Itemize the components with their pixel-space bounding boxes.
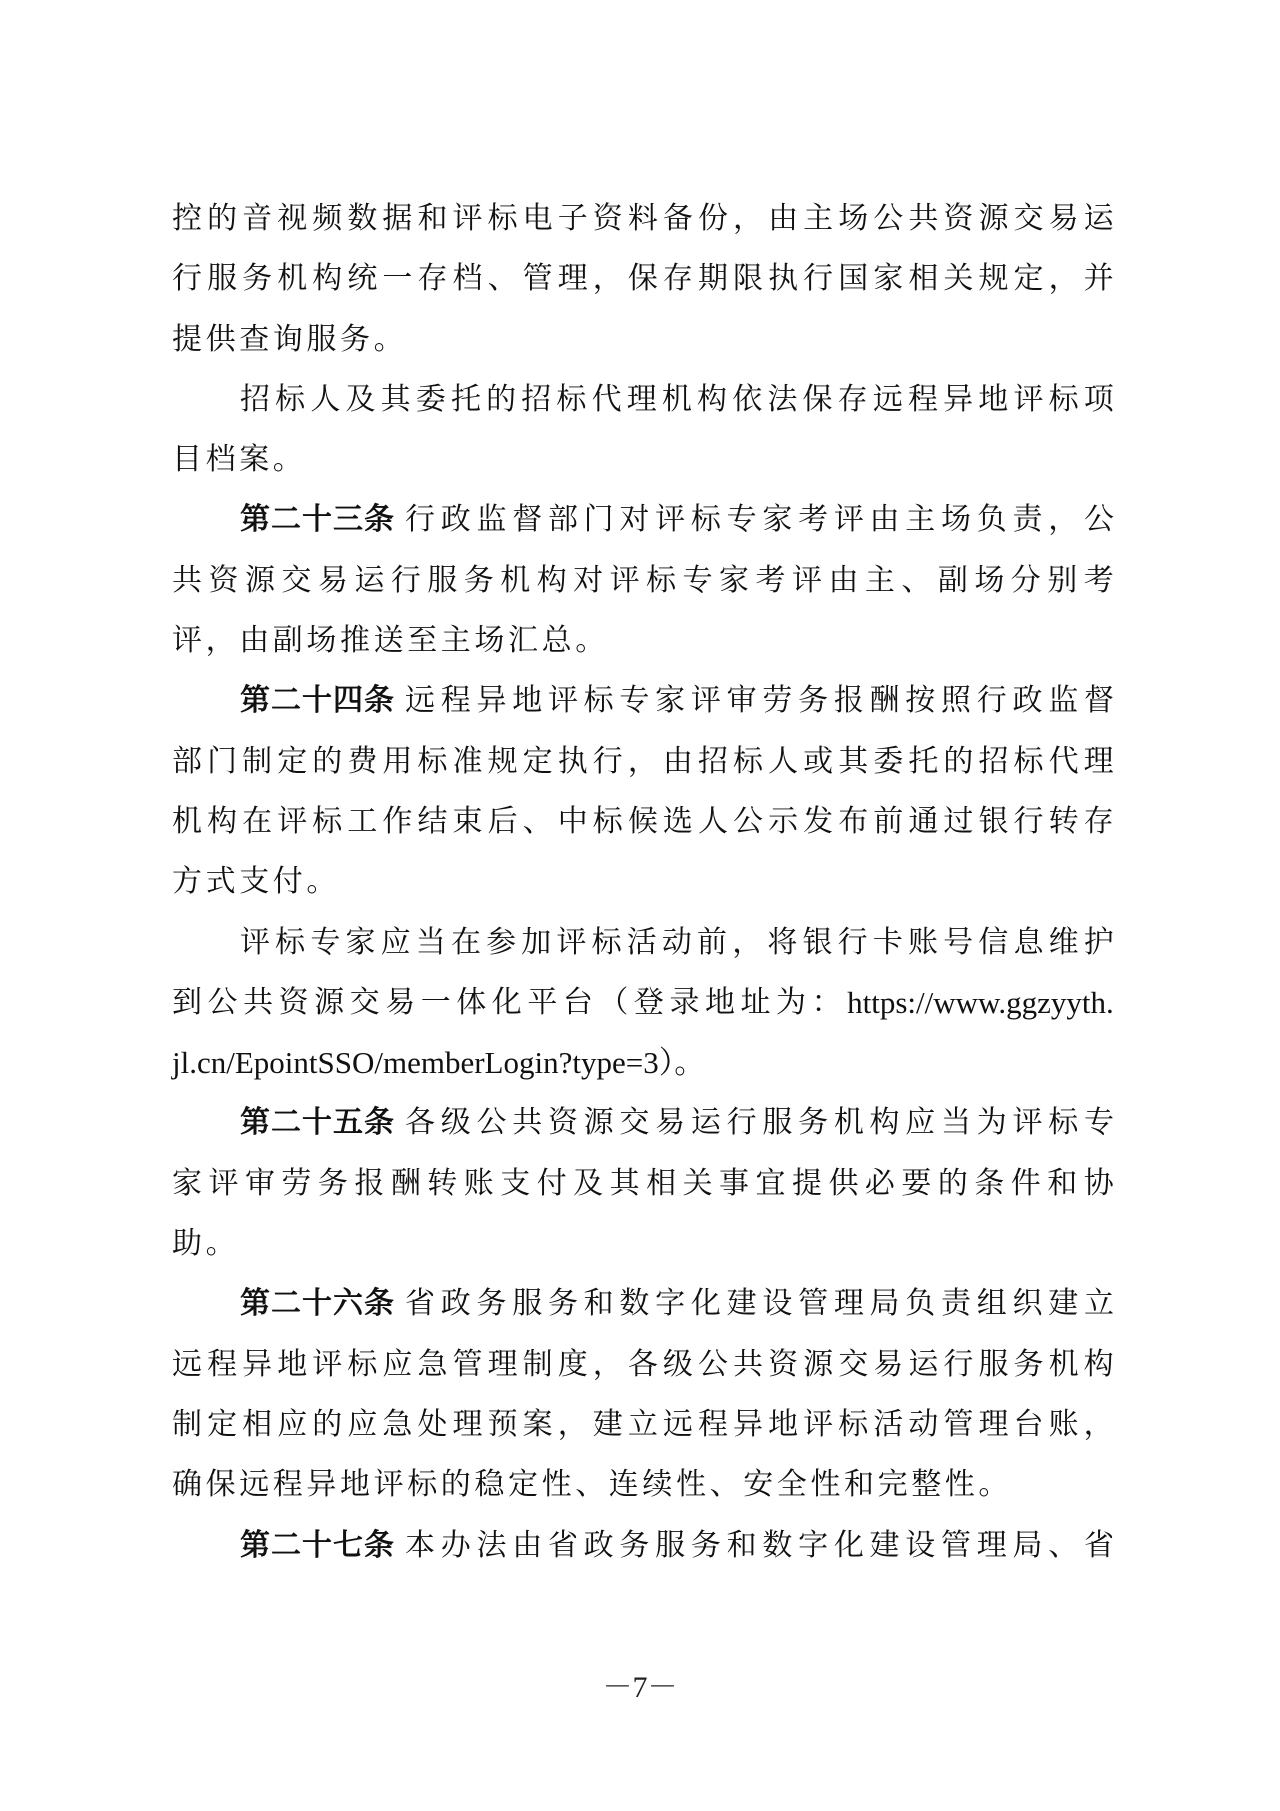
line-text: 共资源交易运行服务机构对评标专家考评由主、副场分别考	[172, 551, 1114, 611]
line-text: 远程异地评标应急管理制度，各级公共资源交易运行服务机构	[172, 1335, 1114, 1395]
text-line: 提供查询服务。	[172, 310, 1114, 370]
text-line: 确保远程异地评标的稳定性、连续性、安全性和完整性。	[172, 1455, 1114, 1515]
login-url-text: 到公共资源交易一体化平台（登录地址为：https://www.ggzyyth.	[172, 973, 1114, 1033]
text-line: jl.cn/EpointSSO/memberLogin?type=3）。	[172, 1033, 1114, 1093]
text-line: 共资源交易运行服务机构对评标专家考评由主、副场分别考	[172, 551, 1114, 611]
paragraph-bank-info: 评标专家应当在参加评标活动前，将银行卡账号信息维护	[172, 913, 1114, 973]
line-text: 机构在评标工作结束后、中标候选人公示发布前通过银行转存	[172, 792, 1114, 852]
line-text: 方式支付。	[172, 852, 340, 912]
text-line: 远程异地评标应急管理制度，各级公共资源交易运行服务机构	[172, 1335, 1114, 1395]
text-line-with-url: 到公共资源交易一体化平台（登录地址为：https://www.ggzyyth.	[172, 973, 1114, 1033]
line-text: 家评审劳务报酬转账支付及其相关事宜提供必要的条件和协	[172, 1154, 1114, 1214]
login-url-text: jl.cn/EpointSSO/memberLogin?type=3）。	[172, 1033, 705, 1093]
line-text: 行政监督部门对评标专家考评由主场负责，公	[405, 490, 1114, 550]
article-heading: 第二十三条	[240, 490, 395, 550]
line-text: 评标专家应当在参加评标活动前，将银行卡账号信息维护	[240, 913, 1114, 973]
article-heading: 第二十五条	[240, 1093, 395, 1153]
line-text: 省政务服务和数字化建设管理局负责组织建立	[405, 1274, 1114, 1334]
text-line: 制定相应的应急处理预案，建立远程异地评标活动管理台账，	[172, 1395, 1114, 1455]
line-text: 控的音视频数据和评标电子资料备份，由主场公共资源交易运	[172, 189, 1114, 249]
document-page: 控的音视频数据和评标电子资料备份，由主场公共资源交易运 行服务机构统一存档、管理…	[0, 0, 1280, 1811]
article-25: 第二十五条 各级公共资源交易运行服务机构应当为评标专	[172, 1093, 1114, 1153]
text-line: 评，由副场推送至主场汇总。	[172, 611, 1114, 671]
line-text: 确保远程异地评标的稳定性、连续性、安全性和完整性。	[172, 1455, 1012, 1515]
article-27: 第二十七条 本办法由省政务服务和数字化建设管理局、省	[172, 1516, 1114, 1576]
text-line: 机构在评标工作结束后、中标候选人公示发布前通过银行转存	[172, 792, 1114, 852]
line-text: 助。	[172, 1214, 239, 1274]
line-text: 各级公共资源交易运行服务机构应当为评标专	[405, 1093, 1114, 1153]
text-line: 部门制定的费用标准规定执行，由招标人或其委托的招标代理	[172, 732, 1114, 792]
text-line: 控的音视频数据和评标电子资料备份，由主场公共资源交易运	[172, 189, 1114, 249]
line-text: 行服务机构统一存档、管理，保存期限执行国家相关规定，并	[172, 249, 1114, 309]
line-text: 本办法由省政务服务和数字化建设管理局、省	[405, 1516, 1114, 1576]
text-line: 目档案。	[172, 430, 1114, 490]
text-line: 助。	[172, 1214, 1114, 1274]
line-text: 部门制定的费用标准规定执行，由招标人或其委托的招标代理	[172, 732, 1114, 792]
text-line: 家评审劳务报酬转账支付及其相关事宜提供必要的条件和协	[172, 1154, 1114, 1214]
paragraph-archive: 招标人及其委托的招标代理机构依法保存远程异地评标项	[172, 370, 1114, 430]
line-text: 制定相应的应急处理预案，建立远程异地评标活动管理台账，	[172, 1395, 1114, 1455]
article-heading: 第二十四条	[240, 671, 395, 731]
article-heading: 第二十七条	[240, 1516, 395, 1576]
line-text: 评，由副场推送至主场汇总。	[172, 611, 609, 671]
page-number: －7－	[0, 1662, 1280, 1706]
body-text: 控的音视频数据和评标电子资料备份，由主场公共资源交易运 行服务机构统一存档、管理…	[172, 189, 1114, 1576]
article-23: 第二十三条 行政监督部门对评标专家考评由主场负责，公	[172, 490, 1114, 550]
article-26: 第二十六条 省政务服务和数字化建设管理局负责组织建立	[172, 1274, 1114, 1334]
line-text: 远程异地评标专家评审劳务报酬按照行政监督	[405, 671, 1114, 731]
text-line: 方式支付。	[172, 852, 1114, 912]
text-line: 行服务机构统一存档、管理，保存期限执行国家相关规定，并	[172, 249, 1114, 309]
article-heading: 第二十六条	[240, 1274, 395, 1334]
line-text: 招标人及其委托的招标代理机构依法保存远程异地评标项	[240, 370, 1114, 430]
line-text: 提供查询服务。	[172, 310, 407, 370]
article-24: 第二十四条 远程异地评标专家评审劳务报酬按照行政监督	[172, 671, 1114, 731]
line-text: 目档案。	[172, 430, 306, 490]
